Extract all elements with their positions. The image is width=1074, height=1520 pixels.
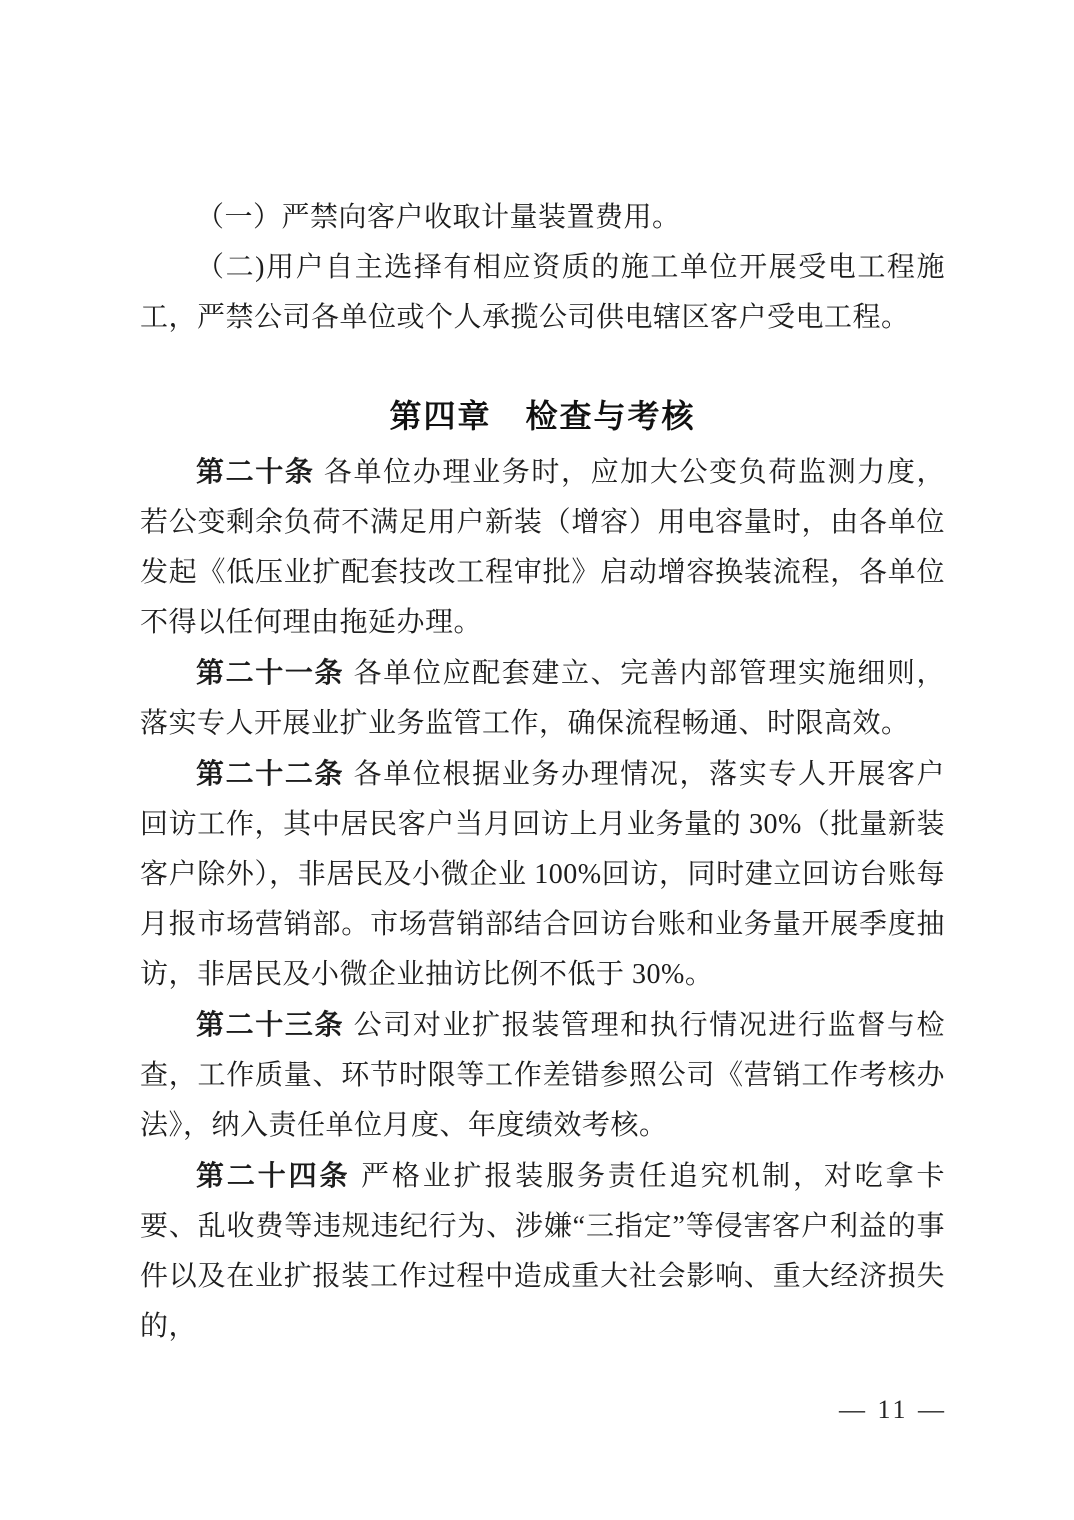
document-content: （一）严禁向客户收取计量装置费用。 （二)用户自主选择有相应资质的施工单位开展受… [140,193,945,1352]
clause-item-2: （二)用户自主选择有相应资质的施工单位开展受电工程施工，严禁公司各单位或个人承揽… [140,243,945,343]
article-paragraph-22: 第二十二条 各单位根据业务办理情况，落实专人开展客户回访工作，其中居民客户当月回… [140,749,945,1000]
article-paragraph-21: 第二十一条 各单位应配套建立、完善内部管理实施细则，落实专人开展业扩业务监管工作… [140,648,945,749]
clause-item-1: （一）严禁向客户收取计量装置费用。 [140,193,945,243]
article-text: 各单位根据业务办理情况，落实专人开展客户回访工作，其中居民客户当月回访上月业务量… [140,759,945,990]
chapter-heading: 第四章 检查与考核 [140,391,945,441]
article-number: 第二十三条 [196,1009,354,1040]
article-number: 第二十条 [196,456,324,487]
article-number: 第二十四条 [196,1160,361,1191]
article-paragraph-24: 第二十四条 严格业扩报装服务责任追究机制，对吃拿卡要、乱收费等违规违纪行为、涉嫌… [140,1151,945,1352]
page-number: — 11 — [839,1395,947,1425]
article-number: 第二十一条 [196,657,354,688]
article-paragraph-20: 第二十条 各单位办理业务时，应加大公变负荷监测力度，若公变剩余负荷不满足用户新装… [140,447,945,648]
document-page: （一）严禁向客户收取计量装置费用。 （二)用户自主选择有相应资质的施工单位开展受… [0,0,1074,1520]
article-number: 第二十二条 [196,758,354,789]
article-paragraph-23: 第二十三条 公司对业扩报装管理和执行情况进行监督与检查，工作质量、环节时限等工作… [140,1000,945,1151]
